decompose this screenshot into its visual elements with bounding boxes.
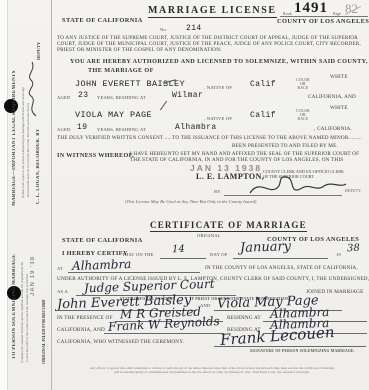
witness-body: I HAVE HEREUNTO SET MY HAND AND AFFIXED … [130,151,369,163]
bride-residence: Alhambra [175,123,217,132]
deputy-label: DEPUTY. [345,189,362,193]
witnessed-label: CALIFORNIA, WHO WITNESSED THE CEREMONY. [57,339,184,345]
consent-line: THE DULY VERIFIED WRITTEN CONSENT .....T… [57,135,362,141]
signature-caption: SIGNATURE OF PERSON SOLEMNIZING MARRIAGE… [250,349,355,353]
margin-fine-print: and must file same for record with the C… [26,52,30,197]
marriage-of-line: THE MARRIAGE OF [88,67,154,74]
groom-aged-label: AGED [57,95,71,100]
groom-age: 23 [78,91,88,100]
deputy-clerk-signature [248,174,348,203]
license-no-label: No. [160,27,167,32]
license-county: COUNTY OF LOS ANGELES [277,18,369,25]
bride-native-of: Calif [250,111,276,120]
groom-state-suffix: CALIFORNIA, AND [308,94,356,100]
bride-state-suffix: , CALIFORNIA. [314,126,352,132]
groom-residing-label: YEARS, RESIDING AT [97,95,146,100]
margin-requirements-label: MARRIAGE—IMPORTANT LEGAL REQUIREMENTS [12,36,17,206]
solemnizer-signature-line [214,346,366,347]
certificate-state: STATE OF CALIFORNIA [62,237,143,244]
day-of-label: DAY OF [210,252,228,257]
groom-native-of: Calif [250,80,276,89]
margin-recorder-label: C. L. LOGAN, RECORDER. BY [36,112,41,204]
witness-whereof-label: IN WITNESS WHEREOF, [57,152,134,159]
marriage-license-scan: DEPUTY C. L. LOGAN, RECORDER. BY MARRIAG… [0,0,369,390]
authorization-line: YOU ARE HEREBY AUTHORIZED AND LICENSED T… [70,58,368,65]
bride-race: WHITE [330,105,348,111]
ceremony-month: January [240,239,292,256]
pencil-check-mark [160,101,167,111]
footer-fine-print: Any officer or person who shall solemniz… [62,366,362,374]
margin-rule [51,0,52,390]
ceremony-day: 14 [172,244,185,255]
presence-label: IN THE PRESENCE OF [57,315,113,321]
and-label: AND [200,303,211,308]
margin-fine-print: County Recorder of the county in which t… [25,232,29,362]
as-a-label: AS A [57,289,68,294]
witness2-line [104,333,224,334]
bride-native-label: , NATIVE OF [204,116,232,121]
usage-note: (This License May Be Used at Any Time Bu… [125,199,256,204]
at-label: AT [57,266,63,271]
day-line [160,258,206,259]
license-number: 214 [186,24,202,33]
margin-filing-date-stamp: JAN 19 '38 [30,244,36,296]
margin-to-person-label: TO PERSON SOLEMNIZING MARRIAGE [12,214,17,359]
book-number: 1491 [294,0,328,17]
bride-name: VIOLA MAY PAGE [75,110,152,120]
bride-aged-label: AGED [57,127,71,132]
groom-residence: Wilmar [172,91,203,100]
groom-native-label: , NATIVE OF [204,85,232,90]
groom-color-label: COLOR OR RACE [296,78,310,90]
addressee-paragraph: TO ANY JUSTICE OF THE SUPREME COURT, JUS… [57,35,367,53]
license-state: STATE OF CALIFORNIA [62,17,143,24]
ceremony-place: Alhambra [72,257,132,273]
certificate-title: CERTIFICATE OF MARRIAGE [150,220,307,232]
margin-original-filed-label: ORIGINAL FILED FOR RECORD [41,276,46,364]
year-prefix: 19 [336,252,341,257]
margin-fine-print: Deliver both copies to the person solemn… [21,48,25,198]
residing-at-label1: RESIDING AT [227,315,261,321]
license-title: MARRIAGE LICENSE [148,5,277,18]
scan-edge [0,0,8,390]
ceremony-year: 38 [347,243,360,254]
by-label: BY [214,189,221,194]
groom-race: WHITE [330,74,348,80]
california-and-label: CALIFORNIA, AND [57,327,105,333]
month-line [233,258,328,259]
margin-fine-print: Complete the original certificate and th… [20,228,24,363]
in-county-line: IN THE COUNTY OF LOS ANGELES, STATE OF C… [205,265,358,271]
certify-label: I HEREBY CERTIFY [62,250,128,257]
header-rule [280,16,368,17]
consent-line2: BEEN PRESENTED TO AND FILED BY ME. [232,143,338,149]
bride-residing-label: YEARS, RESIDING AT [97,127,146,132]
bride-color-label: COLOR OR RACE [296,109,310,121]
place-line [68,272,200,273]
bride-age: 19 [77,123,87,132]
margin-deputy-label: DEPUTY [36,16,41,60]
certificate-subtitle: ORIGINAL [197,233,221,238]
